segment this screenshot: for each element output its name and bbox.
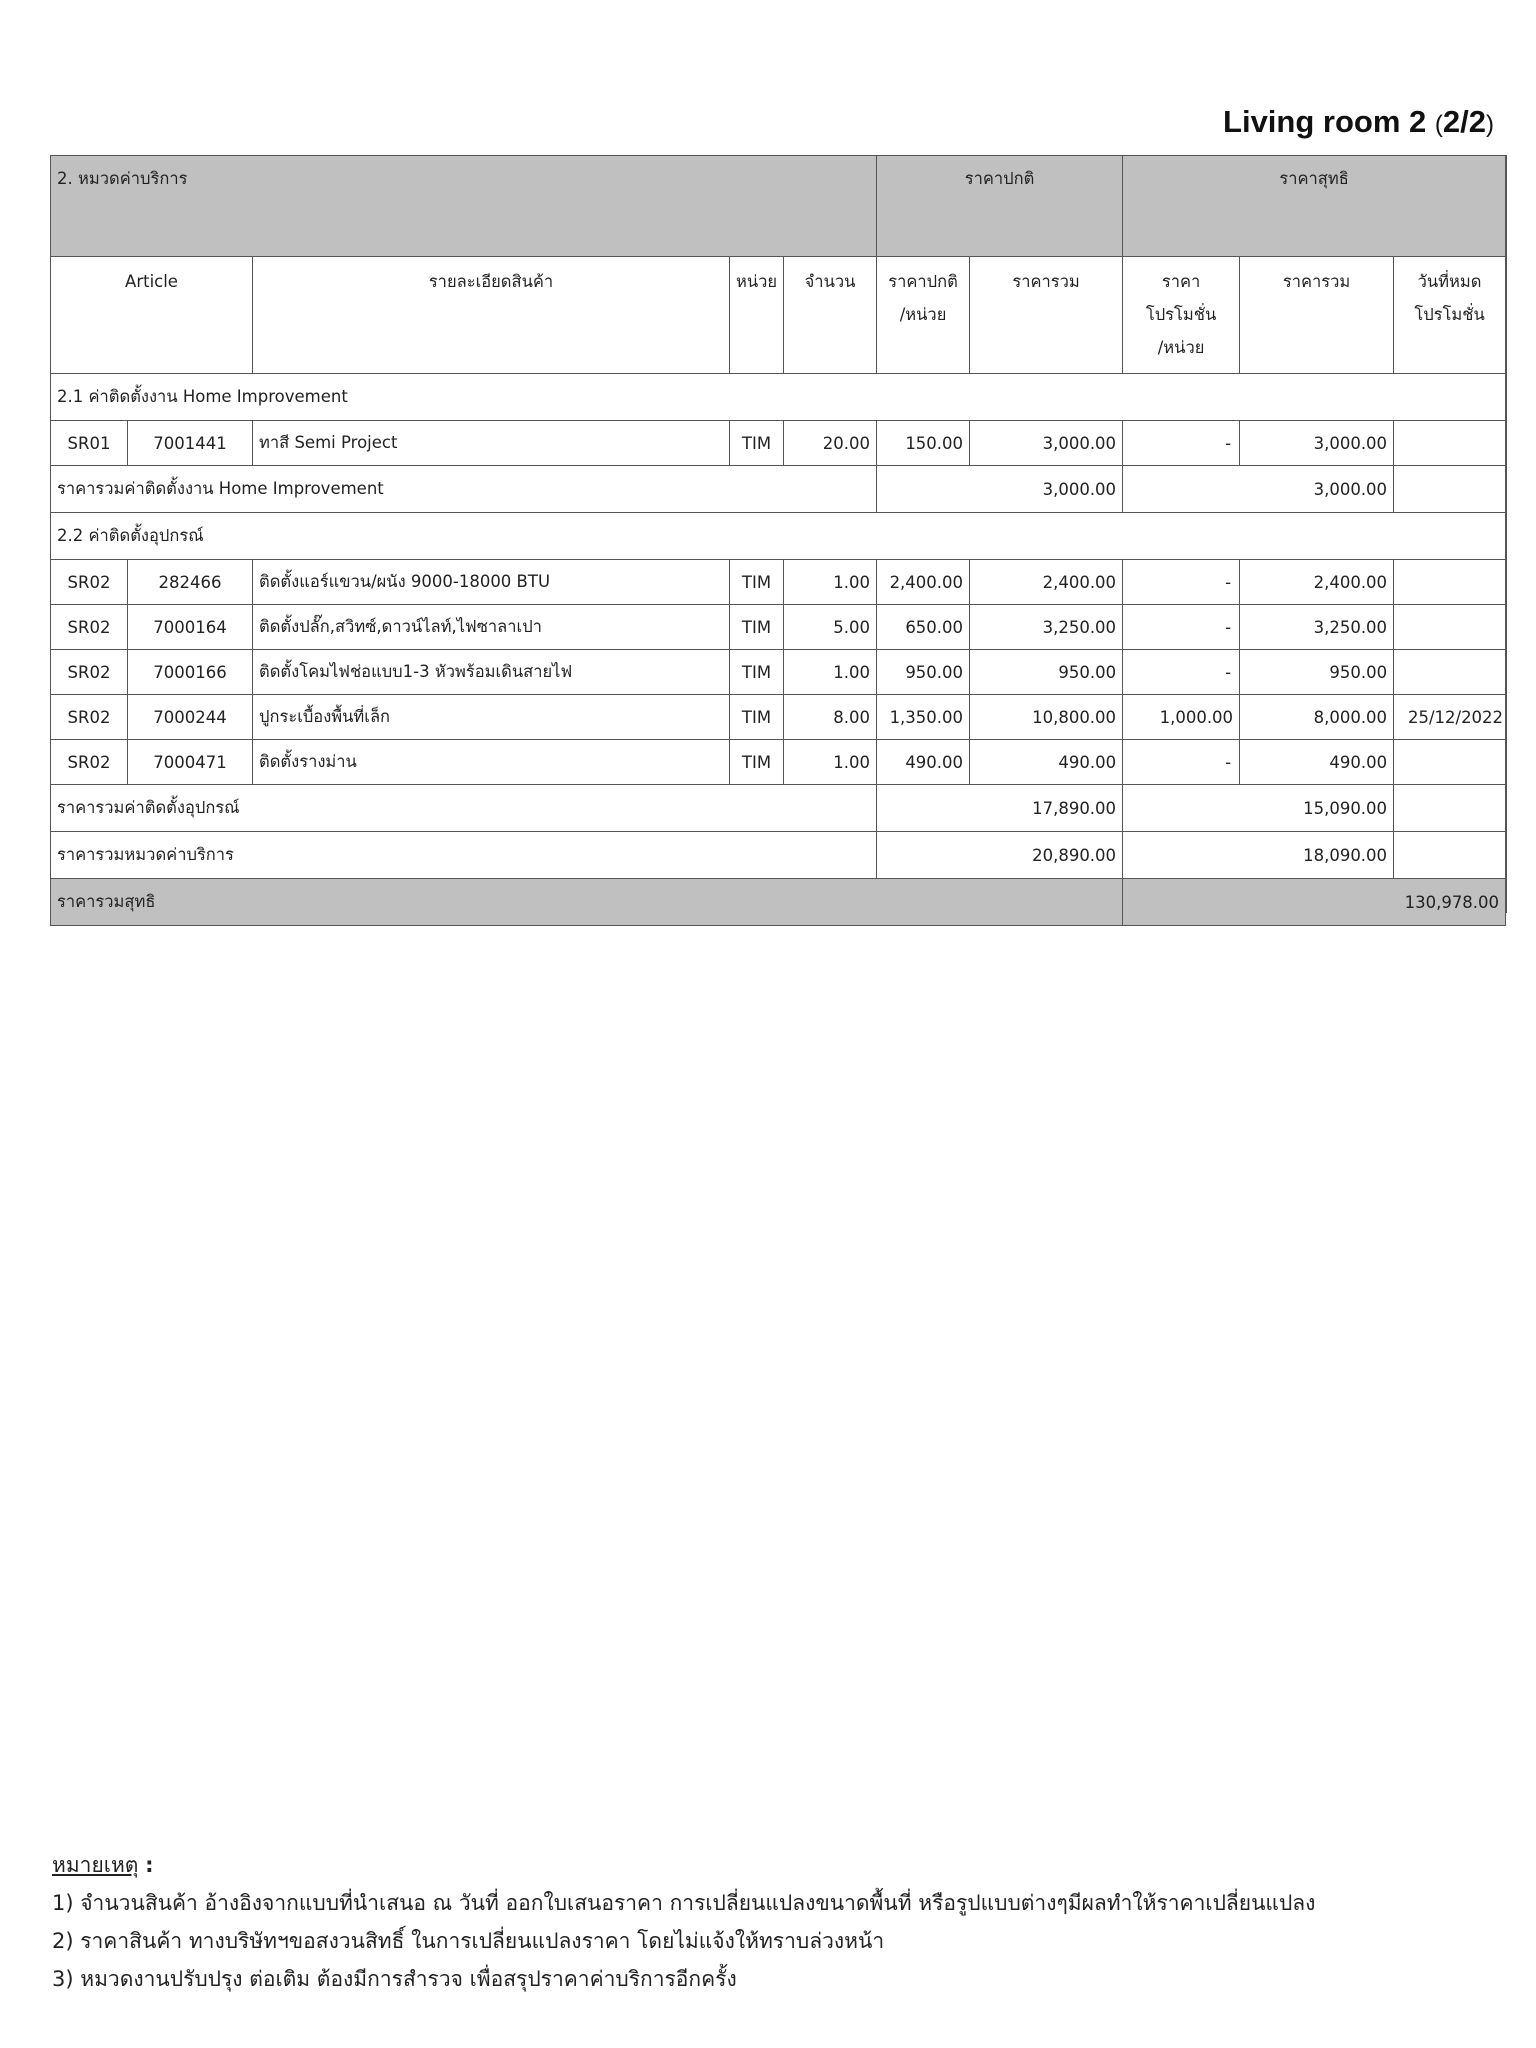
section-title: 2.2 ค่าติดตั้งอุปกรณ์ [51, 513, 1506, 560]
empty-cell [1394, 785, 1506, 832]
quantity: 1.00 [784, 650, 877, 695]
unit: TIM [730, 650, 784, 695]
table-edge-line [1505, 155, 1507, 913]
regular-unit-price: 150.00 [877, 421, 970, 466]
promo-unit-price: 1,000.00 [1123, 695, 1240, 740]
empty-cell [1394, 832, 1506, 879]
col-unit: หน่วย [730, 257, 784, 374]
unit: TIM [730, 740, 784, 785]
article-number: 7000166 [128, 650, 253, 695]
col-quantity: จำนวน [784, 257, 877, 374]
category-total-label: ราคารวมหมวดค่าบริการ [51, 832, 877, 879]
net-total: 950.00 [1240, 650, 1394, 695]
grand-total-value: 130,978.00 [1123, 879, 1506, 926]
net-total: 490.00 [1240, 740, 1394, 785]
subtotal-row: ราคารวมค่าติดตั้งอุปกรณ์17,890.0015,090.… [51, 785, 1506, 832]
col-description: รายละเอียดสินค้า [253, 257, 730, 374]
regular-unit-price: 950.00 [877, 650, 970, 695]
col-regular-total: ราคารวม [970, 257, 1123, 374]
page-indicator: (2/2) [1435, 111, 1494, 138]
article-number: 7000244 [128, 695, 253, 740]
promo-end-date [1394, 421, 1506, 466]
regular-total: 2,400.00 [970, 560, 1123, 605]
item-code: SR02 [51, 605, 128, 650]
section-title-row: 2.1 ค่าติดตั้งงาน Home Improvement [51, 374, 1506, 421]
unit: TIM [730, 421, 784, 466]
promo-end-date [1394, 605, 1506, 650]
promo-unit-price: - [1123, 605, 1240, 650]
table-row: SR027000164ติดตั้งปลั๊ก,สวิทซ์,ดาวน์ไลท์… [51, 605, 1506, 650]
promo-unit-price: - [1123, 650, 1240, 695]
subtotal-row: ราคารวมค่าติดตั้งงาน Home Improvement3,0… [51, 466, 1506, 513]
col-promo-price: ราคาโปรโมชั่น/หน่วย [1123, 257, 1240, 374]
net-total: 3,000.00 [1240, 421, 1394, 466]
table-row: SR02282466ติดตั้งแอร์แขวน/ผนัง 9000-1800… [51, 560, 1506, 605]
col-net-total: ราคารวม [1240, 257, 1394, 374]
note-item: 3) หมวดงานปรับปรุง ต่อเติม ต้องมีการสำรว… [52, 1960, 1315, 1998]
subtotal-regular: 3,000.00 [877, 466, 1123, 513]
service-quote-table: 2. หมวดค่าบริการ ราคาปกติ ราคาสุทธิ Arti… [50, 155, 1506, 926]
unit: TIM [730, 695, 784, 740]
article-number: 7000471 [128, 740, 253, 785]
quantity: 1.00 [784, 560, 877, 605]
notes-heading: หมายเหตุ [52, 1853, 138, 1877]
column-header-row: Article รายละเอียดสินค้า หน่วย จำนวน ราค… [51, 257, 1506, 374]
subtotal-net: 15,090.00 [1123, 785, 1394, 832]
regular-unit-price: 2,400.00 [877, 560, 970, 605]
category-header-row: 2. หมวดค่าบริการ ราคาปกติ ราคาสุทธิ [51, 156, 1506, 257]
item-description: ทาสี Semi Project [253, 421, 730, 466]
regular-unit-price: 1,350.00 [877, 695, 970, 740]
regular-total: 950.00 [970, 650, 1123, 695]
subtotal-regular: 17,890.00 [877, 785, 1123, 832]
article-number: 7001441 [128, 421, 253, 466]
net-total: 2,400.00 [1240, 560, 1394, 605]
promo-end-date [1394, 560, 1506, 605]
item-code: SR02 [51, 740, 128, 785]
unit: TIM [730, 605, 784, 650]
regular-total: 3,250.00 [970, 605, 1123, 650]
grand-total-label: ราคารวมสุทธิ [51, 879, 1123, 926]
regular-total: 10,800.00 [970, 695, 1123, 740]
item-description: ปูกระเบื้องพื้นที่เล็ก [253, 695, 730, 740]
item-description: ติดตั้งรางม่าน [253, 740, 730, 785]
room-name: Living room 2 [1223, 104, 1426, 139]
item-description: ติดตั้งแอร์แขวน/ผนัง 9000-18000 BTU [253, 560, 730, 605]
item-code: SR01 [51, 421, 128, 466]
item-description: ติดตั้งปลั๊ก,สวิทซ์,ดาวน์ไลท์,ไฟซาลาเปา [253, 605, 730, 650]
promo-unit-price: - [1123, 421, 1240, 466]
table-row: SR027000166ติดตั้งโคมไฟช่อแบบ1-3 หัวพร้อ… [51, 650, 1506, 695]
category-total-regular: 20,890.00 [877, 832, 1123, 879]
promo-unit-price: - [1123, 740, 1240, 785]
grand-total-row: ราคารวมสุทธิ 130,978.00 [51, 879, 1506, 926]
section-title-row: 2.2 ค่าติดตั้งอุปกรณ์ [51, 513, 1506, 560]
category-total-net: 18,090.00 [1123, 832, 1394, 879]
net-price-group: ราคาสุทธิ [1123, 156, 1506, 257]
regular-unit-price: 650.00 [877, 605, 970, 650]
table-row: SR027000244ปูกระเบื้องพื้นที่เล็กTIM8.00… [51, 695, 1506, 740]
quantity: 5.00 [784, 605, 877, 650]
category-total-row: ราคารวมหมวดค่าบริการ 20,890.00 18,090.00 [51, 832, 1506, 879]
regular-total: 490.00 [970, 740, 1123, 785]
quantity: 1.00 [784, 740, 877, 785]
note-item: 1) จำนวนสินค้า อ้างอิงจากแบบที่นำเสนอ ณ … [52, 1884, 1315, 1922]
promo-end-date [1394, 650, 1506, 695]
quantity: 8.00 [784, 695, 877, 740]
regular-unit-price: 490.00 [877, 740, 970, 785]
notes-section: หมายเหตุ : 1) จำนวนสินค้า อ้างอิงจากแบบท… [52, 1846, 1315, 1998]
page-title: Living room 2 (2/2) [1223, 104, 1494, 140]
empty-cell [1394, 466, 1506, 513]
regular-price-group: ราคาปกติ [877, 156, 1123, 257]
col-article: Article [51, 257, 253, 374]
subtotal-net: 3,000.00 [1123, 466, 1394, 513]
item-description: ติดตั้งโคมไฟช่อแบบ1-3 หัวพร้อมเดินสายไฟ [253, 650, 730, 695]
promo-unit-price: - [1123, 560, 1240, 605]
net-total: 3,250.00 [1240, 605, 1394, 650]
quantity: 20.00 [784, 421, 877, 466]
col-regular-unit-price: ราคาปกติ/หน่วย [877, 257, 970, 374]
article-number: 282466 [128, 560, 253, 605]
table-row: SR017001441ทาสี Semi ProjectTIM20.00150.… [51, 421, 1506, 466]
item-code: SR02 [51, 560, 128, 605]
net-total: 8,000.00 [1240, 695, 1394, 740]
article-number: 7000164 [128, 605, 253, 650]
promo-end-date: 25/12/2022 [1394, 695, 1506, 740]
regular-total: 3,000.00 [970, 421, 1123, 466]
table-row: SR027000471ติดตั้งรางม่านTIM1.00490.0049… [51, 740, 1506, 785]
subtotal-label: ราคารวมค่าติดตั้งอุปกรณ์ [51, 785, 877, 832]
promo-end-date [1394, 740, 1506, 785]
unit: TIM [730, 560, 784, 605]
subtotal-label: ราคารวมค่าติดตั้งงาน Home Improvement [51, 466, 877, 513]
item-code: SR02 [51, 650, 128, 695]
item-code: SR02 [51, 695, 128, 740]
category-title: 2. หมวดค่าบริการ [51, 156, 877, 257]
note-item: 2) ราคาสินค้า ทางบริษัทฯขอสงวนสิทธิ์ ในก… [52, 1922, 1315, 1960]
section-title: 2.1 ค่าติดตั้งงาน Home Improvement [51, 374, 1506, 421]
col-promo-end: วันที่หมดโปรโมชั่น [1394, 257, 1506, 374]
